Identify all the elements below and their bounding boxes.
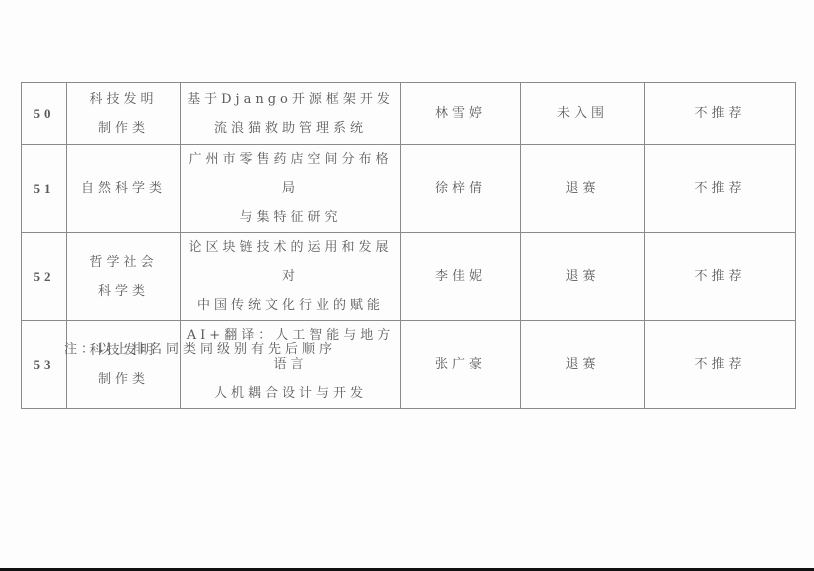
author-cell: 徐梓倩 — [401, 145, 521, 233]
category-line: 科技发明 — [67, 85, 180, 114]
category-cell: 科技发明 制作类 — [67, 321, 181, 409]
category-cell: 自然科学类 — [67, 145, 181, 233]
status-cell: 退赛 — [521, 321, 645, 409]
table-row: 52 哲学社会 科学类 论区块链技术的运用和发展对 中国传统文化行业的赋能 李佳… — [22, 233, 796, 321]
category-line: 科学类 — [67, 277, 180, 306]
title-line: 流浪猫救助管理系统 — [181, 114, 400, 143]
document-page: 50 科技发明 制作类 基于Django开源框架开发 流浪猫救助管理系统 林雪婷… — [0, 0, 814, 568]
author-cell: 林雪婷 — [401, 83, 521, 145]
row-number: 51 — [22, 145, 67, 233]
table-row: 51 自然科学类 广州市零售药店空间分布格局 与集特征研究 徐梓倩 退赛 不推荐 — [22, 145, 796, 233]
title-line: 论区块链技术的运用和发展对 — [181, 233, 400, 291]
results-table: 50 科技发明 制作类 基于Django开源框架开发 流浪猫救助管理系统 林雪婷… — [21, 82, 796, 409]
title-cell: 基于Django开源框架开发 流浪猫救助管理系统 — [181, 83, 401, 145]
author-cell: 张广豪 — [401, 321, 521, 409]
title-line: 中国传统文化行业的赋能 — [181, 291, 400, 320]
category-cell: 哲学社会 科学类 — [67, 233, 181, 321]
category-line: 哲学社会 — [67, 248, 180, 277]
category-line: 制作类 — [67, 365, 180, 394]
recommendation-cell: 不推荐 — [645, 83, 796, 145]
row-number: 53 — [22, 321, 67, 409]
title-line: 广州市零售药店空间分布格局 — [181, 145, 400, 203]
recommendation-cell: 不推荐 — [645, 233, 796, 321]
title-line: 与集特征研究 — [181, 203, 400, 232]
recommendation-cell: 不推荐 — [645, 321, 796, 409]
title-line: 人机耦合设计与开发 — [181, 379, 400, 408]
title-cell: AI+翻译：人工智能与地方语言 人机耦合设计与开发 — [181, 321, 401, 409]
table-row: 53 科技发明 制作类 AI+翻译：人工智能与地方语言 人机耦合设计与开发 张广… — [22, 321, 796, 409]
status-cell: 退赛 — [521, 233, 645, 321]
title-line: 基于Django开源框架开发 — [181, 85, 400, 114]
recommendation-cell: 不推荐 — [645, 145, 796, 233]
author-cell: 李佳妮 — [401, 233, 521, 321]
category-line: 自然科学类 — [67, 174, 180, 203]
row-number: 50 — [22, 83, 67, 145]
title-cell: 论区块链技术的运用和发展对 中国传统文化行业的赋能 — [181, 233, 401, 321]
title-cell: 广州市零售药店空间分布格局 与集特征研究 — [181, 145, 401, 233]
table-footnote: 注：以上排名同类同级别有先后顺序 — [64, 338, 336, 357]
status-cell: 退赛 — [521, 145, 645, 233]
table-row: 50 科技发明 制作类 基于Django开源框架开发 流浪猫救助管理系统 林雪婷… — [22, 83, 796, 145]
status-cell: 未入围 — [521, 83, 645, 145]
row-number: 52 — [22, 233, 67, 321]
category-line: 制作类 — [67, 114, 180, 143]
category-cell: 科技发明 制作类 — [67, 83, 181, 145]
